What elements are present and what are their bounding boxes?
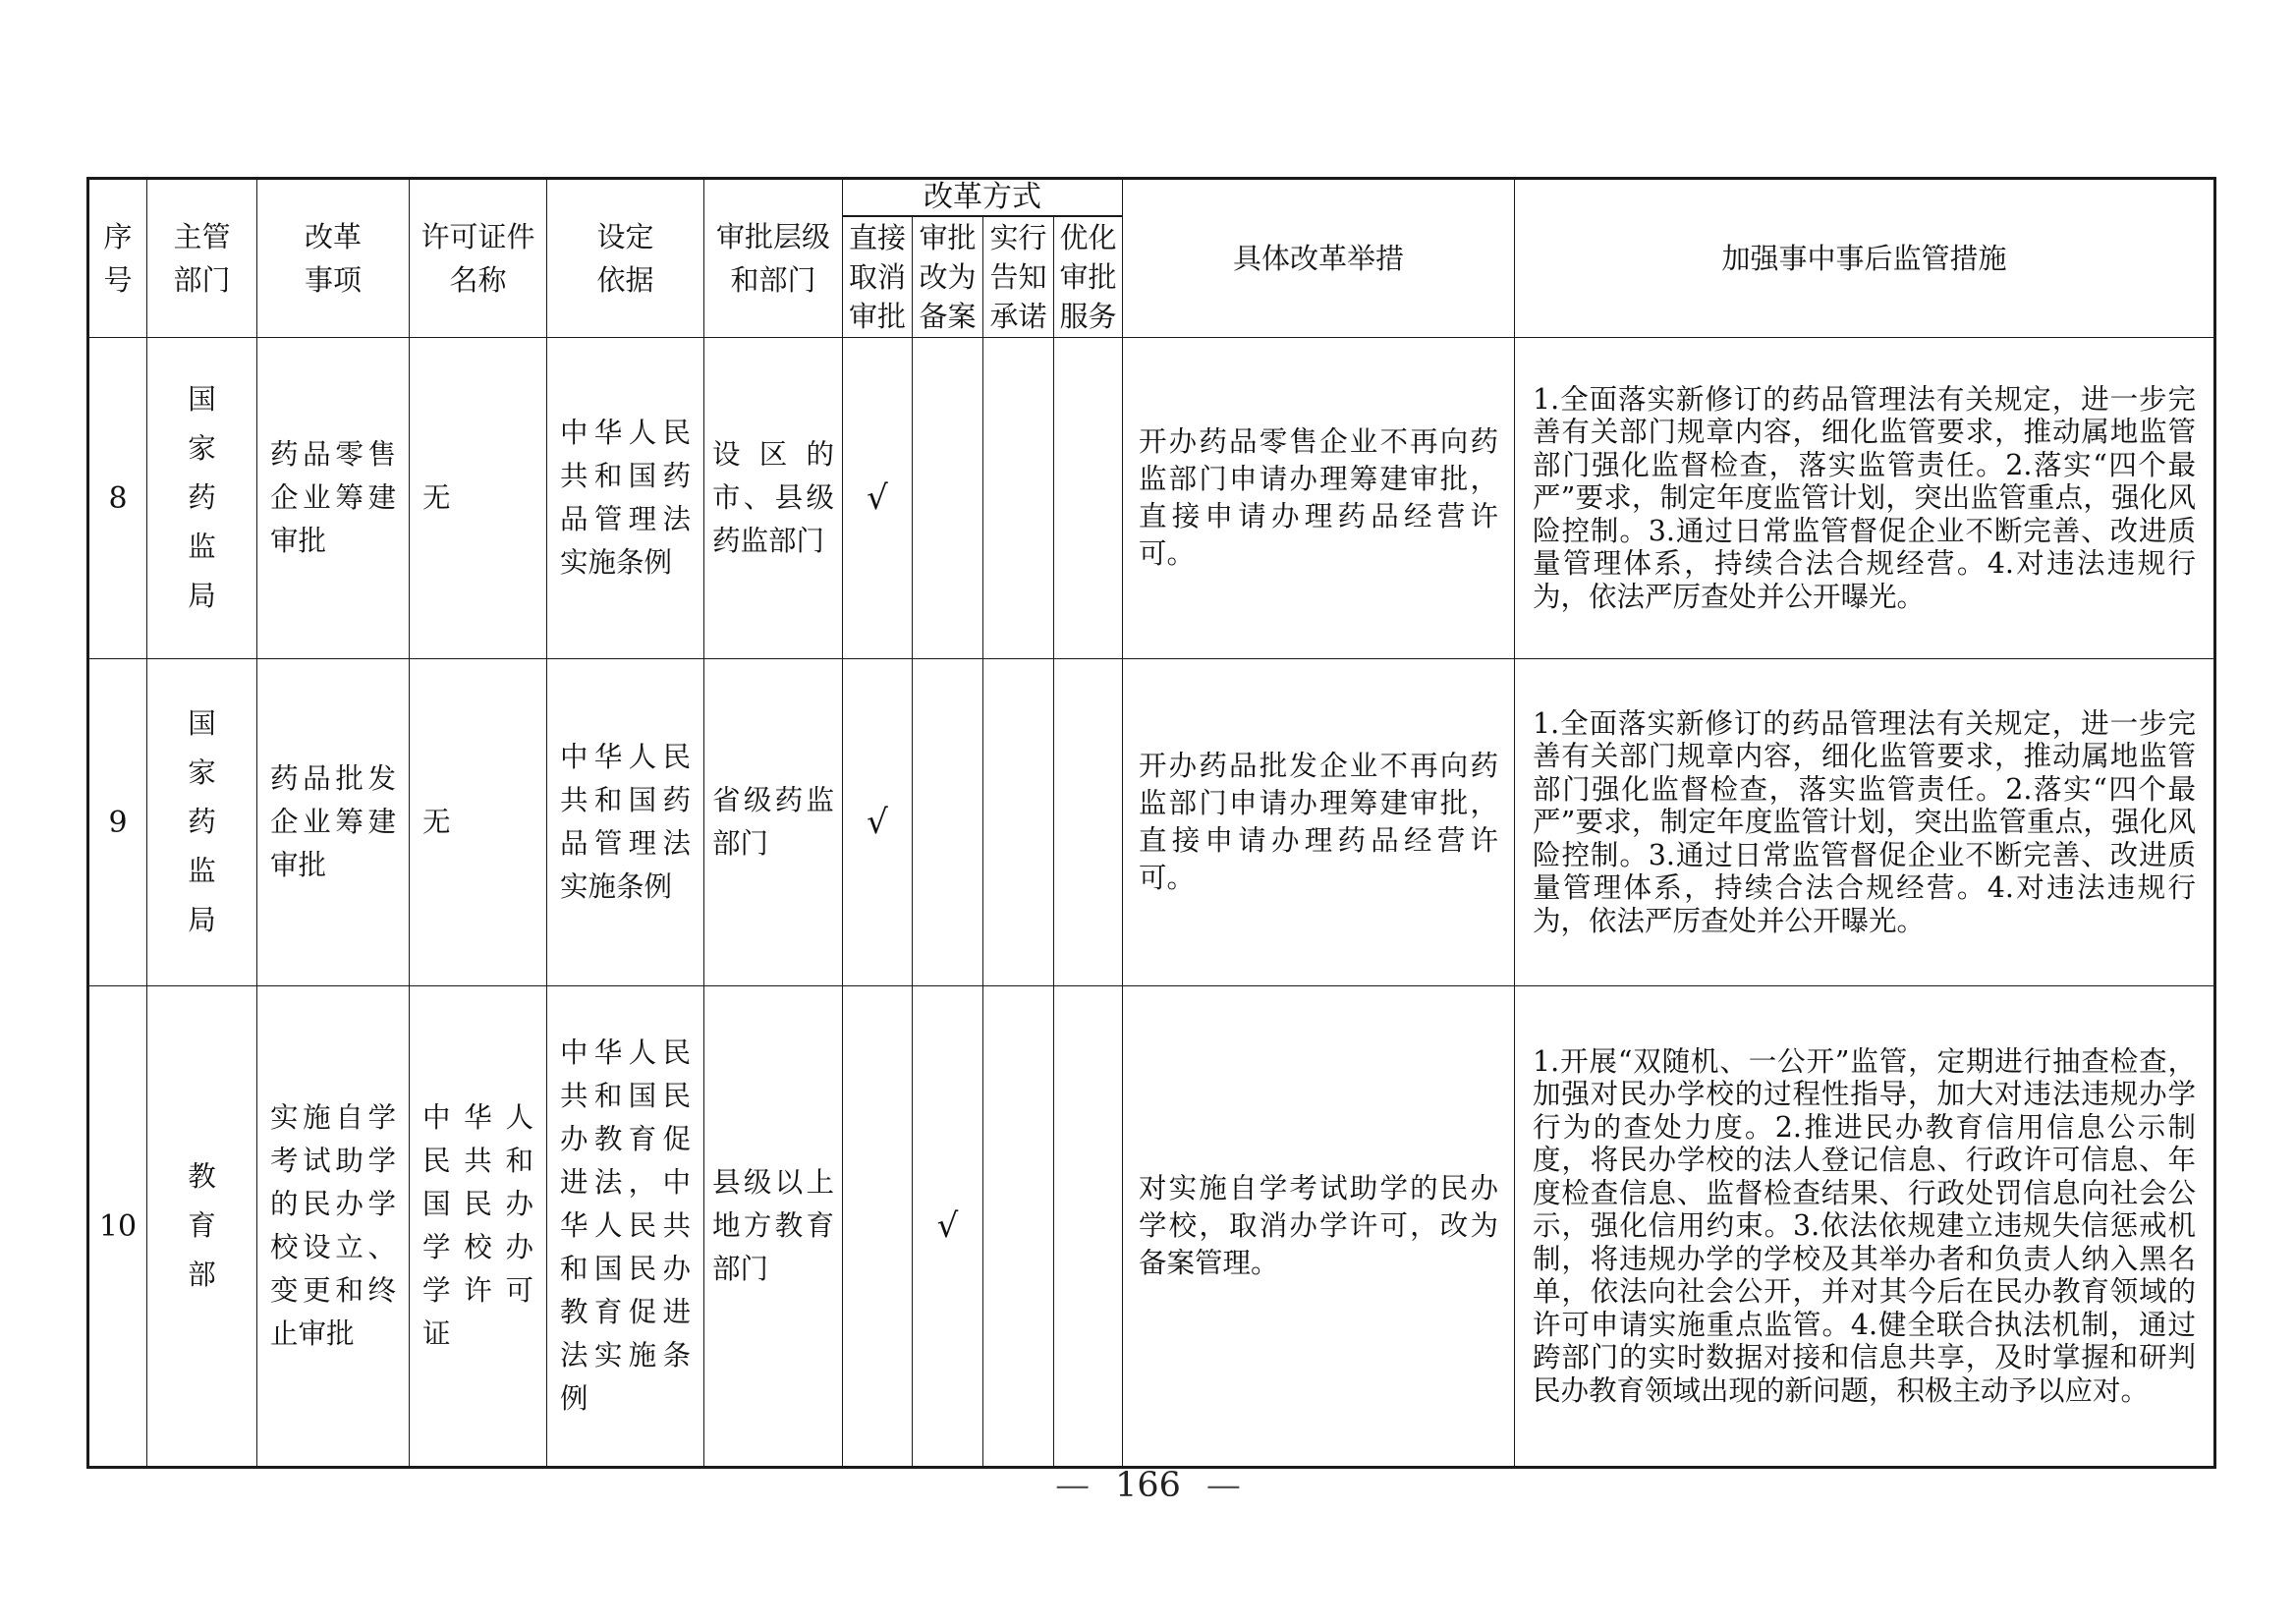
check-optimize: [1054, 986, 1123, 1468]
check-optimize: [1054, 659, 1123, 986]
check-filing: [913, 659, 983, 986]
row-level: 省级药监部门: [704, 659, 843, 986]
row-license: 无: [410, 659, 547, 986]
check-commitment: [983, 659, 1054, 986]
dept-vertical-text: 国家药监局: [186, 700, 218, 945]
row-basis: 中华人民共和国民办教育促进法，中华人民共和国民办教育促进法实施条例: [547, 986, 704, 1468]
header-dept: 主管 部门: [147, 179, 257, 338]
dept-vertical-text: 教育部: [186, 1152, 218, 1300]
table-row: 10 教育部 实施自学考试助学的民办学校设立、变更和终止审批 中华人民共和国民办…: [88, 986, 2215, 1468]
check-commitment: [983, 338, 1054, 659]
header-reform-optimize: 优化 审批 服务: [1054, 216, 1123, 338]
row-item: 实施自学考试助学的民办学校设立、变更和终止审批: [257, 986, 410, 1468]
header-seq: 序 号: [88, 179, 147, 338]
header-reform-cancel: 直接 取消 审批: [843, 216, 913, 338]
row-basis: 中华人民共和国药品管理法实施条例: [547, 338, 704, 659]
check-optimize: [1054, 338, 1123, 659]
check-filing: [913, 338, 983, 659]
header-measures: 具体改革举措: [1123, 179, 1515, 338]
row-supervision: 1.全面落实新修订的药品管理法有关规定，进一步完善有关部门规章内容，细化监管要求…: [1515, 659, 2215, 986]
header-reform-filing: 审批 改为 备案: [913, 216, 983, 338]
check-filing: √: [913, 986, 983, 1468]
check-cancel: √: [843, 338, 913, 659]
row-supervision: 1.全面落实新修订的药品管理法有关规定，进一步完善有关部门规章内容，细化监管要求…: [1515, 338, 2215, 659]
row-license: 无: [410, 338, 547, 659]
table-row: 8 国家药监局 药品零售企业筹建审批 无 中华人民共和国药品管理法实施条例 设区…: [88, 338, 2215, 659]
header-level: 审批层级 和部门: [704, 179, 843, 338]
dept-vertical-text: 国家药监局: [186, 375, 218, 621]
row-supervision: 1.开展“双随机、一公开”监管，定期进行抽查检查，加强对民办学校的过程性指导，加…: [1515, 986, 2215, 1468]
check-cancel: [843, 986, 913, 1468]
header-supervision: 加强事中事后监管措施: [1515, 179, 2215, 338]
header-basis: 设定 依据: [547, 179, 704, 338]
header-item: 改革 事项: [257, 179, 410, 338]
row-level: 设区的市、县级药监部门: [704, 338, 843, 659]
row-item: 药品零售企业筹建审批: [257, 338, 410, 659]
row-seq: 9: [88, 659, 147, 986]
footer-dash-right: —: [1206, 1466, 1241, 1505]
check-commitment: [983, 986, 1054, 1468]
row-level: 县级以上地方教育部门: [704, 986, 843, 1468]
header-license: 许可证件 名称: [410, 179, 547, 338]
page-number: 166: [1115, 1466, 1181, 1505]
row-dept: 国家药监局: [147, 659, 257, 986]
header-reform-commitment: 实行 告知 承诺: [983, 216, 1054, 338]
row-license: 中华人民共和国民办学校办学许可证: [410, 986, 547, 1468]
row-measures: 开办药品批发企业不再向药监部门申请办理筹建审批，直接申请办理药品经营许可。: [1123, 659, 1515, 986]
row-seq: 8: [88, 338, 147, 659]
table-row: 9 国家药监局 药品批发企业筹建审批 无 中华人民共和国药品管理法实施条例 省级…: [88, 659, 2215, 986]
row-item: 药品批发企业筹建审批: [257, 659, 410, 986]
row-basis: 中华人民共和国药品管理法实施条例: [547, 659, 704, 986]
header-reform-group: 改革方式: [843, 179, 1123, 217]
reform-items-table: 序 号 主管 部门 改革 事项 许可证件 名称 设定 依据 审批层级 和部门 改…: [86, 177, 2216, 1469]
row-dept: 教育部: [147, 986, 257, 1468]
check-cancel: √: [843, 659, 913, 986]
row-seq: 10: [88, 986, 147, 1468]
footer-dash-left: —: [1055, 1466, 1090, 1505]
row-dept: 国家药监局: [147, 338, 257, 659]
page-footer: —166—: [0, 1466, 2296, 1505]
row-measures: 对实施自学考试助学的民办学校，取消办学许可，改为备案管理。: [1123, 986, 1515, 1468]
row-measures: 开办药品零售企业不再向药监部门申请办理筹建审批，直接申请办理药品经营许可。: [1123, 338, 1515, 659]
